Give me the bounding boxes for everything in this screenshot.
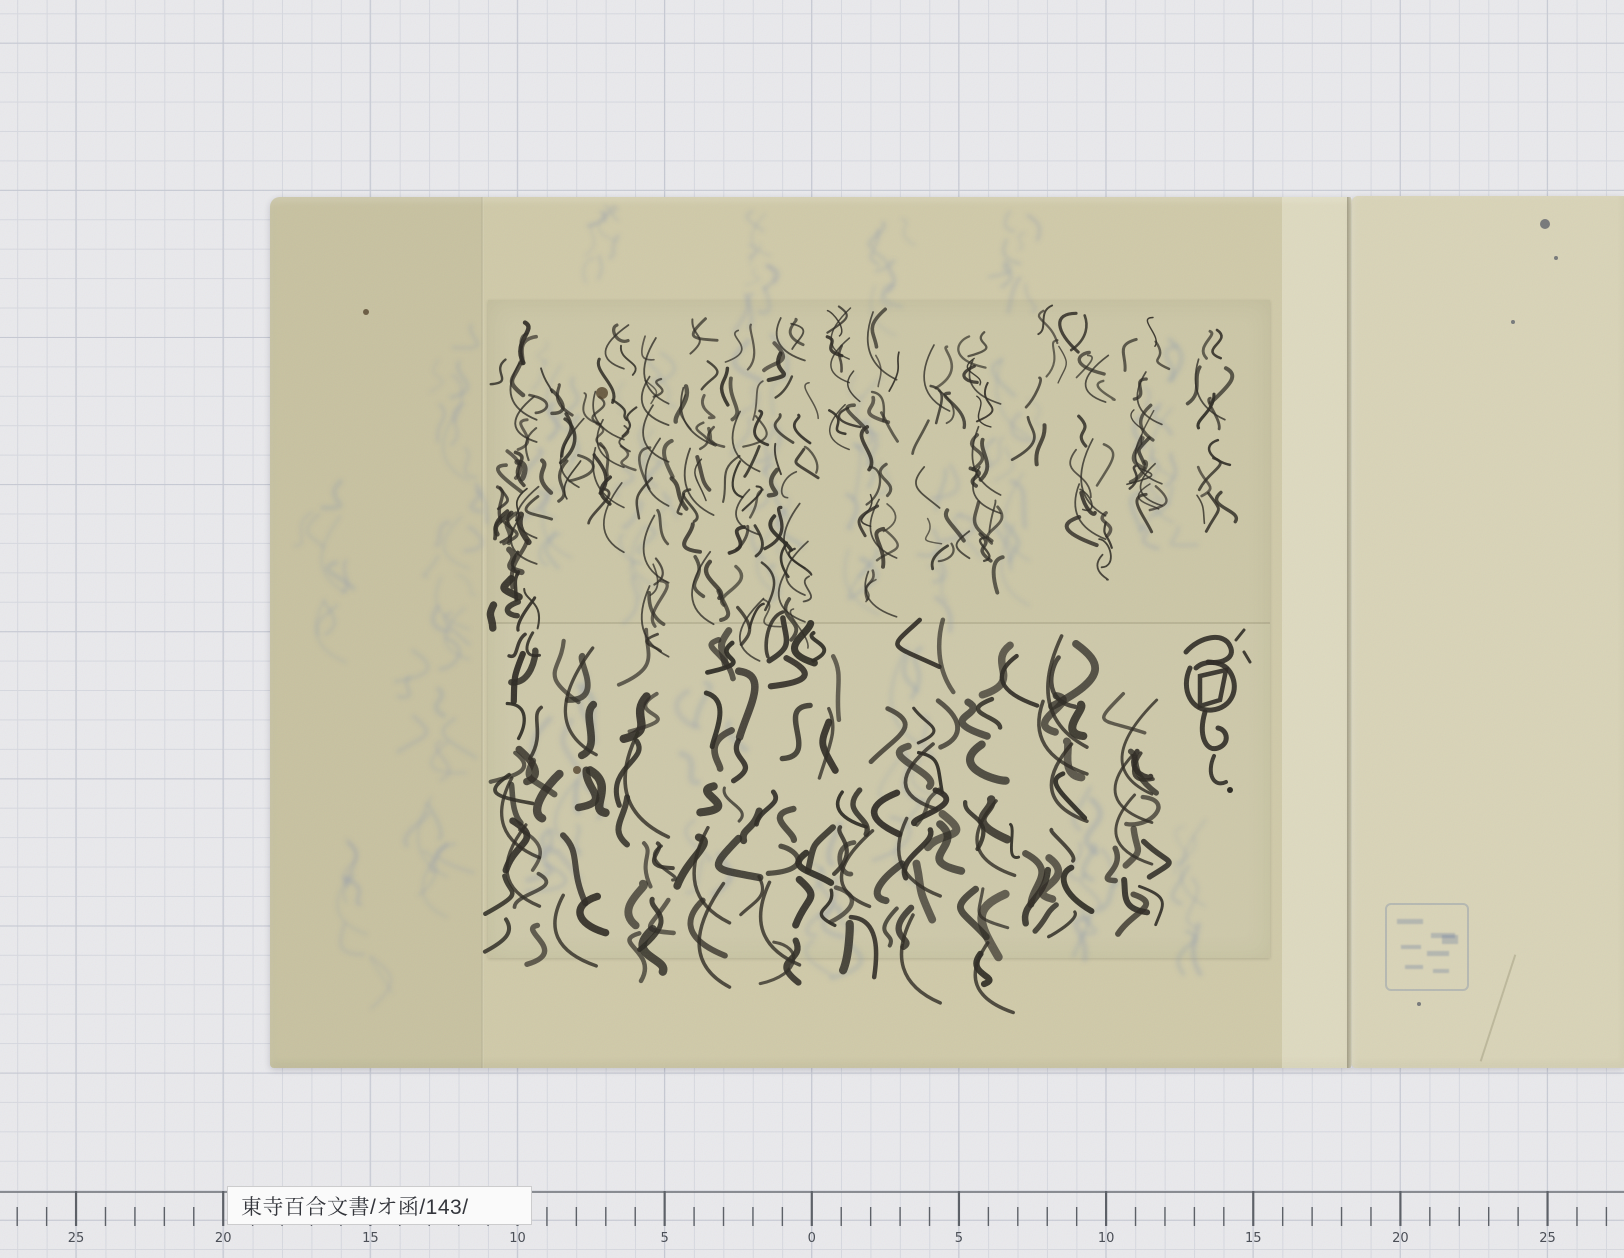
stamp-ink-mark [1427,951,1449,956]
stamp-ink-mark [1397,919,1423,924]
document-inner-page [488,300,1270,958]
archive-stamp [1385,903,1469,991]
caption-text: 東寺百合文書/オ函/143/ [241,1191,469,1221]
fold-gap-line [1347,197,1351,1068]
wrapper-right-light-band [1282,197,1352,1068]
stamp-ink-mark [1442,935,1458,944]
stamp-ink-mark [1401,945,1421,949]
inner-page-lower-tone [488,624,1270,958]
viewer-canvas: 2520151050510152025 東寺百合文書/オ函/143/ [0,0,1624,1258]
caption-label: 東寺百合文書/オ函/143/ [227,1186,532,1225]
stamp-ink-mark [1405,965,1423,969]
right-page-crease-line [1480,954,1517,1061]
stamp-ink-mark [1433,969,1449,973]
wrapper-fold-shade [270,197,483,1068]
wrapper-crease-line [481,197,484,1068]
